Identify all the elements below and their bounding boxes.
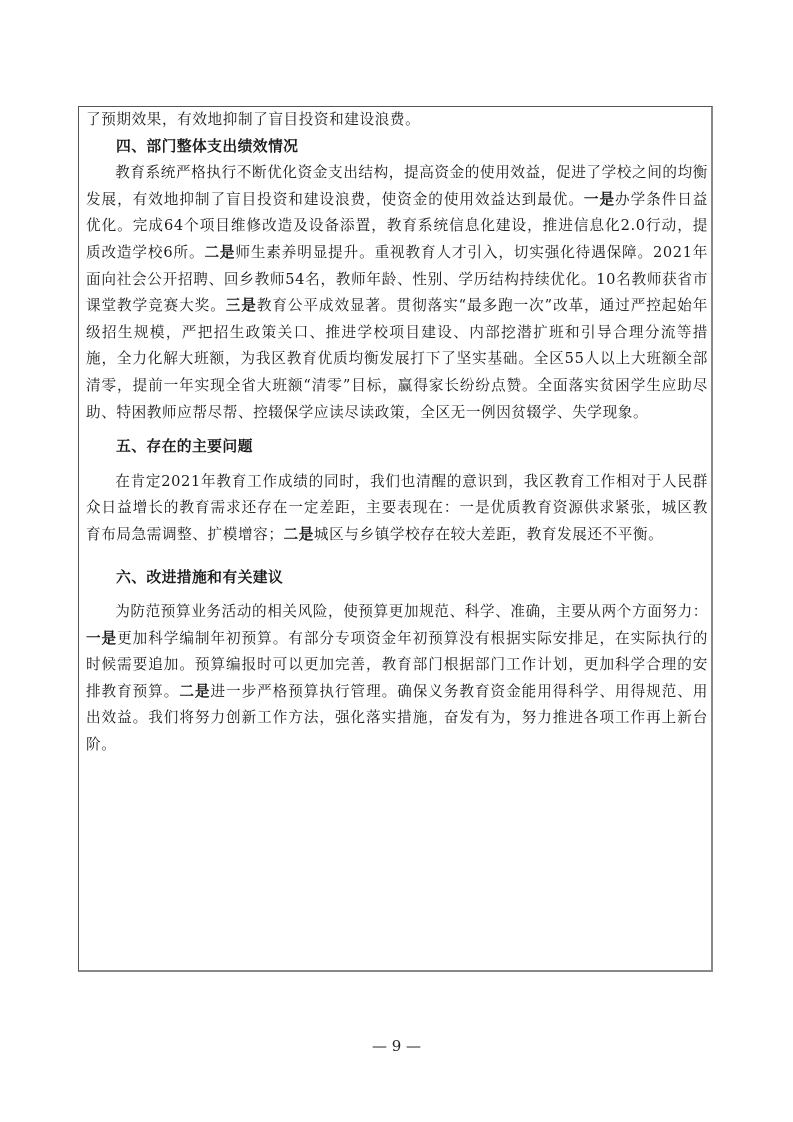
section-paragraph-4: 教育系统严格执行不断优化资金支出结构，提高资金的使用效益，促进了学校之间的均衡发… — [86, 160, 708, 426]
section-heading-4: 四、部门整体支出绩效情况 — [86, 134, 708, 161]
section-heading-6: 六、改进措施和有关建议 — [86, 565, 708, 592]
continuation-text: 了预期效果，有效地抑制了盲目投资和建设浪费。 — [86, 107, 708, 134]
section-paragraph-6: 为防范预算业务活动的相关风险，使预算更加规范、科学、准确，主要从两个方面努力：一… — [86, 599, 708, 759]
section-paragraph-5: 在肯定2021年教育工作成绩的同时，我们也清醒的意识到，我区教育工作相对于人民群… — [86, 469, 708, 549]
document-body: 了预期效果，有效地抑制了盲目投资和建设浪费。 四、部门整体支出绩效情况 教育系统… — [86, 107, 708, 759]
page-number: — 9 — — [0, 1037, 793, 1055]
section-heading-5: 五、存在的主要问题 — [86, 434, 708, 461]
